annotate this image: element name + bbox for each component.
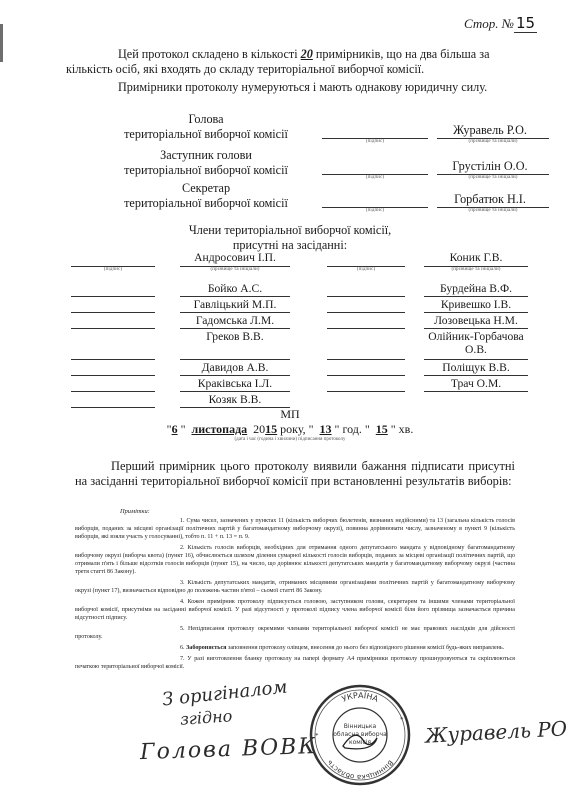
member-signature-label: (підпис) — [71, 267, 155, 272]
member-name: Лозовецька Н.М. — [424, 314, 528, 327]
handwritten-signature-zhuravel: Журавель РО — [424, 716, 567, 747]
member-name: Трач О.М. — [424, 377, 528, 390]
member-name-line — [180, 328, 290, 329]
equal-force-paragraph: Примірники протоколу нумеруються і мають… — [118, 80, 538, 95]
notes-title: Примітки: — [120, 508, 515, 516]
member-name-label: (прізвище та ініціали) — [180, 267, 290, 272]
stamp-seal-icon: УКРАЇНА Вінницька область * * Вінницька … — [305, 680, 415, 790]
member-signature-line — [71, 296, 155, 297]
date-hour: 13 — [320, 422, 332, 436]
note-item: 5. Непідписання протоколу окремими члена… — [75, 625, 515, 641]
member-name: Олійник-Горбачова О.В. — [424, 330, 528, 356]
member-signature-line — [327, 375, 405, 376]
member-signature-line — [327, 328, 405, 329]
member-name: Бурдейна В.Ф. — [424, 282, 528, 295]
member-signature-line — [327, 391, 405, 392]
member-name: Гавліцький М.П. — [180, 298, 290, 311]
member-name: Поліщук В.В. — [424, 361, 528, 374]
note-item: 1. Сума чисел, зазначених у пунктах 11 (… — [75, 517, 515, 541]
signature-label: (підпис) — [322, 208, 428, 213]
member-name-label: (прізвище та ініціали) — [424, 267, 528, 272]
officer-name: Грустілін О.О. — [430, 159, 550, 174]
date-year: 15 — [265, 422, 277, 436]
svg-text:*: * — [400, 716, 404, 724]
officer-name: Горбатюк Н.І. — [430, 192, 550, 207]
copies-paragraph: Цей протокол складено в кількості 20 при… — [66, 47, 530, 77]
member-signature-line — [327, 296, 405, 297]
member-name-line — [424, 359, 528, 360]
member-name-line — [424, 375, 528, 376]
member-signature-line — [71, 328, 155, 329]
date-month: листопада — [191, 422, 247, 436]
name-label: (прізвище та ініціали) — [437, 208, 549, 213]
member-name: Козяк В.В. — [180, 393, 290, 406]
signature-label: (підпис) — [322, 139, 428, 144]
note-item: 6. Забороняється заповнення протоколу ол… — [75, 644, 515, 652]
svg-text:*: * — [315, 732, 319, 740]
first-copy-paragraph: Перший примірник цього протоколу виявили… — [75, 459, 515, 489]
handwritten-head-vovk: Голова ВОВК — [140, 734, 318, 765]
member-name: Давидов А.В. — [180, 361, 290, 374]
date-day: 6 — [172, 422, 178, 436]
officer-role: Секретартериторіальної виборчої комісії — [96, 181, 316, 210]
seal-place-mp: МП — [0, 407, 580, 422]
note-item: 7. У разі виготовлення бланку протоколу … — [75, 655, 515, 671]
member-name-line — [180, 359, 290, 360]
members-heading: Члени територіальної виборчої комісії, п… — [0, 223, 580, 252]
member-name: Кривешко І.В. — [424, 298, 528, 311]
member-name-line — [180, 312, 290, 313]
signature-label: (підпис) — [322, 175, 428, 180]
officer-role: Заступник головитериторіальної виборчої … — [96, 148, 316, 177]
page-label: Стор. № — [464, 16, 514, 31]
handwritten-according: згідно — [179, 706, 232, 729]
date-caption: (дата і час (година і хвилини) підписанн… — [0, 437, 580, 442]
member-signature-line — [327, 312, 405, 313]
member-name-line — [180, 391, 290, 392]
member-name-line — [180, 296, 290, 297]
page-number-value: 15 — [514, 14, 537, 33]
note-item: 2. Кількість голосів виборців, необхідни… — [75, 544, 515, 576]
page-number: Стор. №15 — [464, 14, 537, 32]
member-name: Краківська І.Л. — [180, 377, 290, 390]
note-item: 4. Кожен примірник протоколу підписуєтьс… — [75, 598, 515, 622]
officer-name: Журавель Р.О. — [430, 123, 550, 138]
member-signature-line — [71, 312, 155, 313]
officer-role: Головатериторіальної виборчої комісії — [96, 112, 316, 141]
member-signature-label: (підпис) — [327, 267, 405, 272]
name-label: (прізвище та ініціали) — [437, 175, 549, 180]
member-name-line — [180, 375, 290, 376]
name-label: (прізвище та ініціали) — [437, 139, 549, 144]
svg-text:Вінницька: Вінницька — [344, 723, 377, 730]
member-signature-line — [327, 359, 405, 360]
signing-date: "6 " листопада 2015 року, " 13 " год. " … — [0, 422, 580, 437]
copies-count: 20 — [301, 47, 313, 61]
member-name-line — [424, 391, 528, 392]
member-name-line — [424, 296, 528, 297]
handwritten-certified: З оригіналом — [161, 676, 288, 710]
date-minute: 15 — [376, 422, 388, 436]
member-name: Бойко А.С. — [180, 282, 290, 295]
member-signature-line — [71, 359, 155, 360]
member-name: Андросович І.П. — [180, 251, 290, 264]
member-name: Гадомська Л.М. — [180, 314, 290, 327]
scan-margin-mark — [0, 24, 3, 62]
member-name: Коник Г.В. — [424, 251, 528, 264]
member-signature-line — [71, 375, 155, 376]
notes-section: Примітки: 1. Сума чисел, зазначених у пу… — [75, 508, 515, 674]
member-name-line — [424, 312, 528, 313]
official-stamp: УКРАЇНА Вінницька область * * Вінницька … — [305, 680, 415, 790]
member-signature-line — [71, 391, 155, 392]
member-name: Греков В.В. — [180, 330, 290, 343]
member-name-line — [424, 328, 528, 329]
note-item: 3. Кількість депутатських мандатів, отри… — [75, 579, 515, 595]
